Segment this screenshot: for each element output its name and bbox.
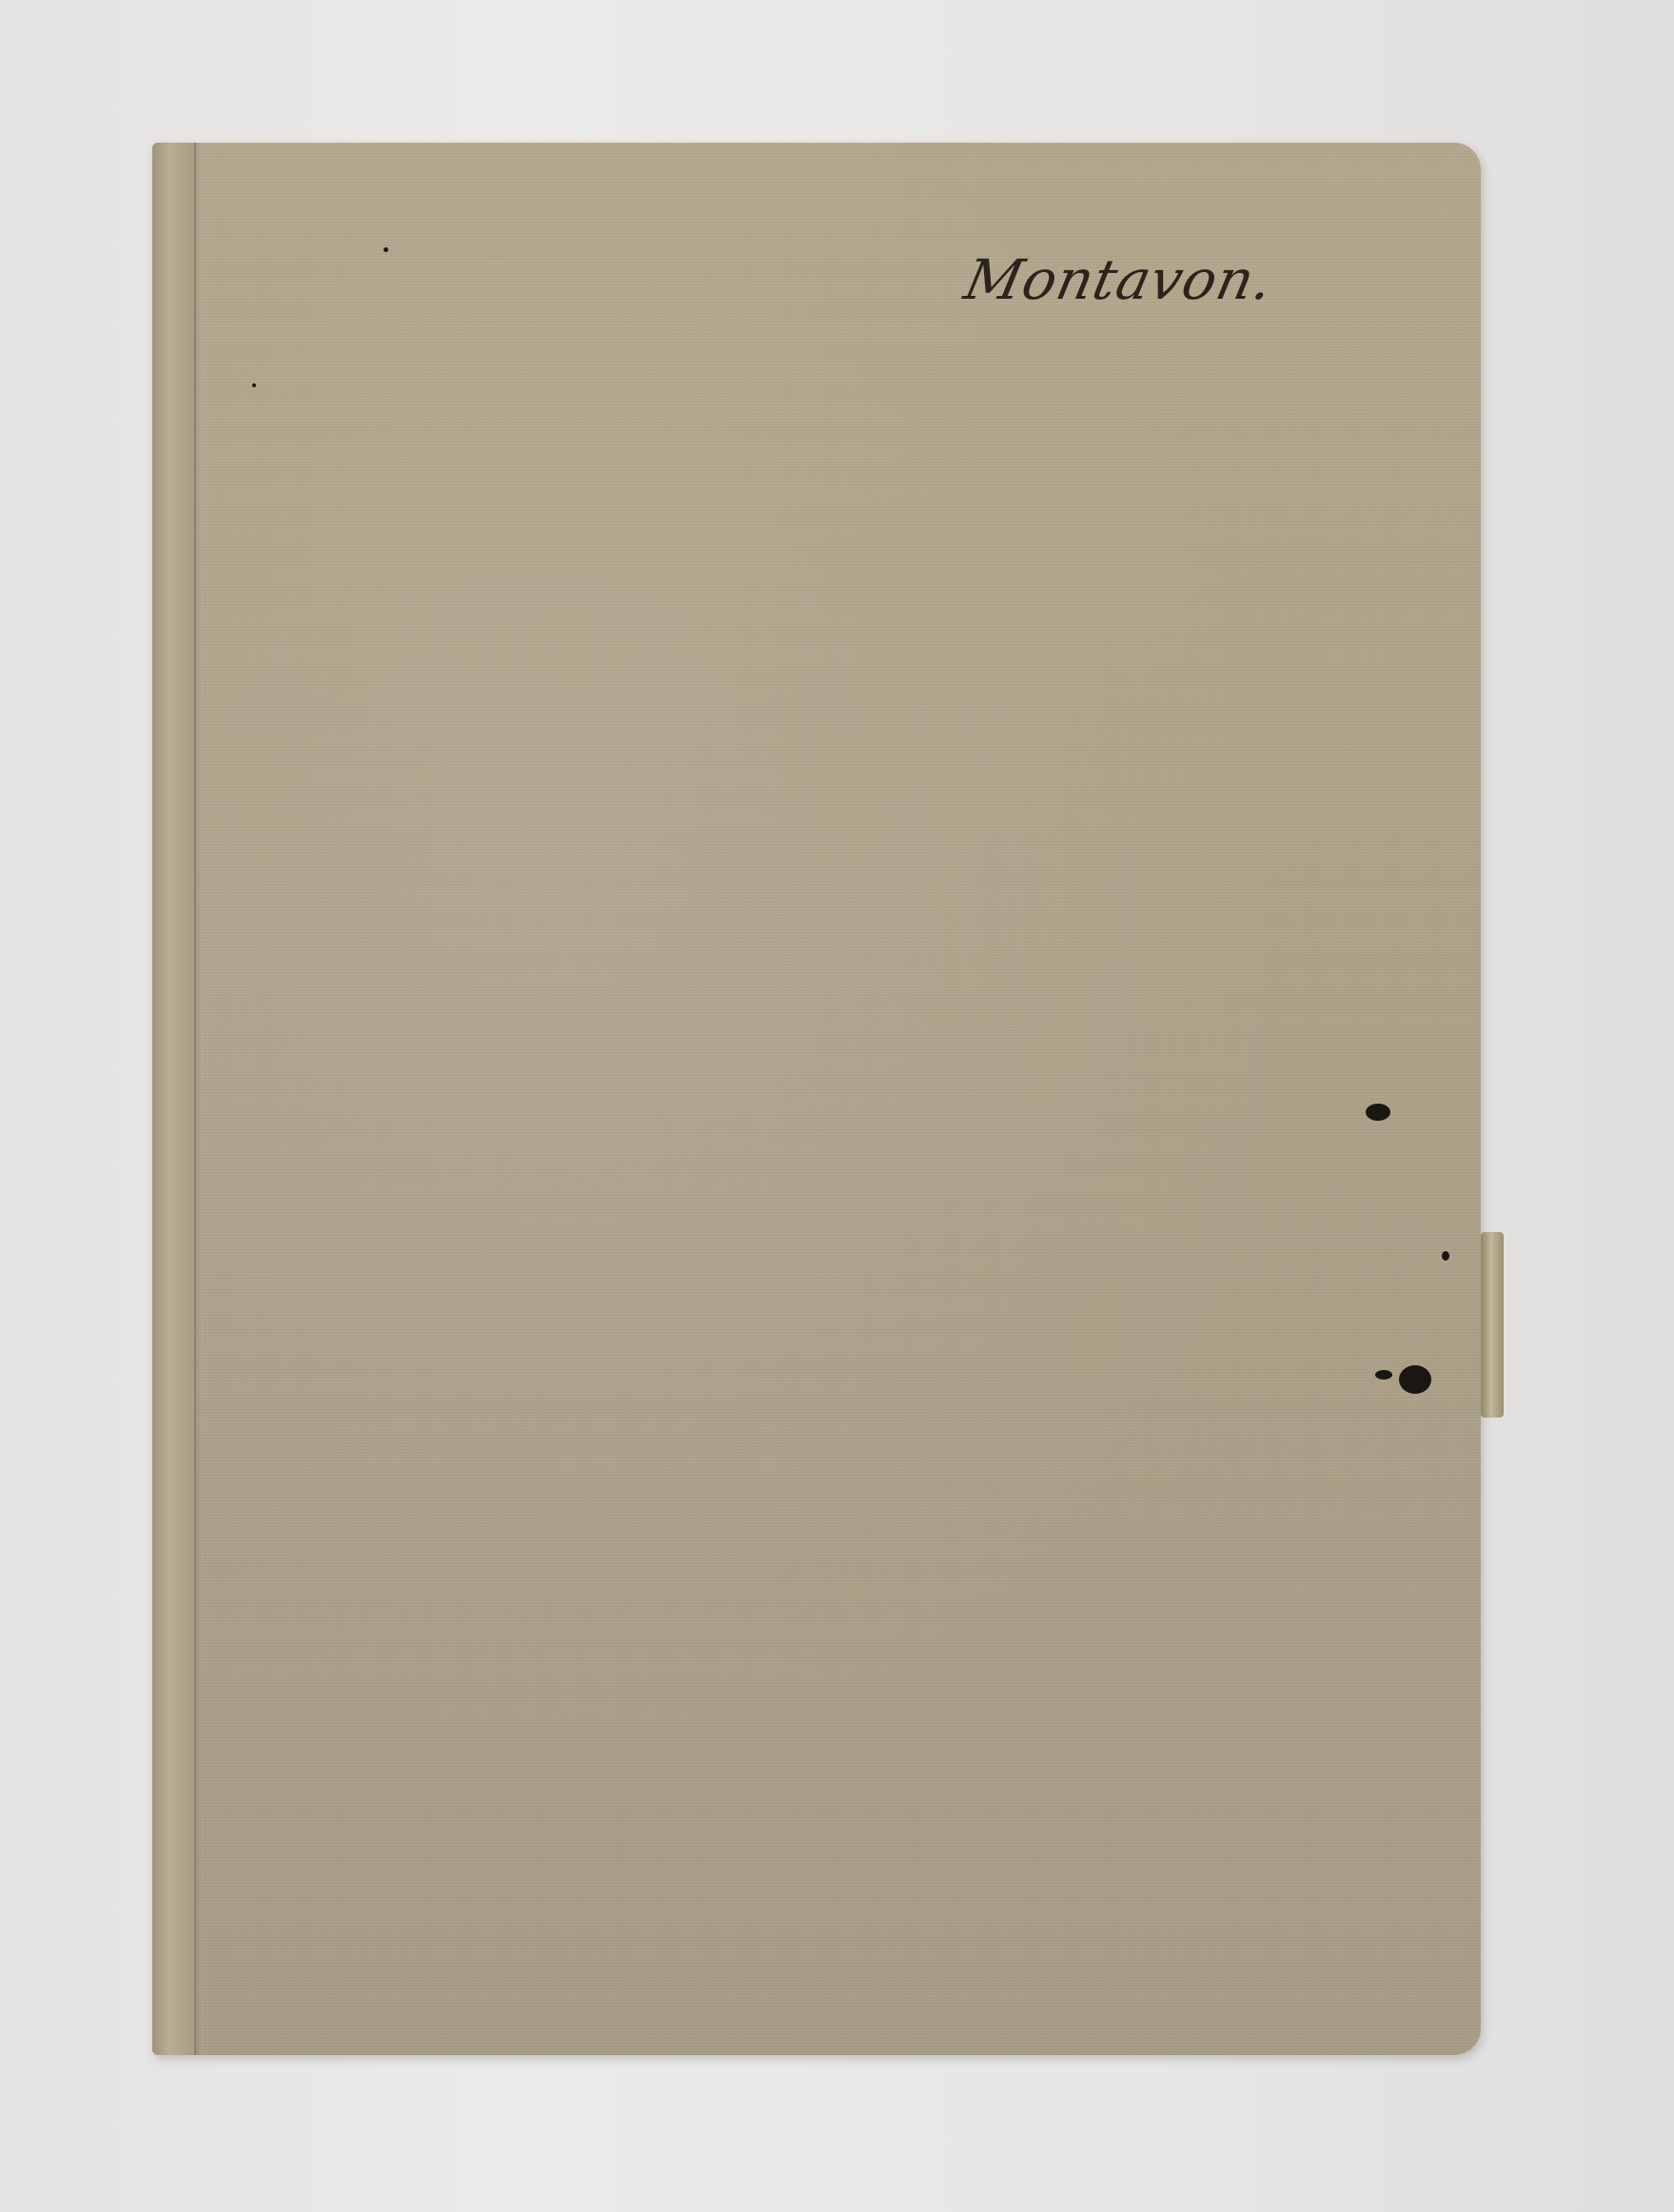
ink-speck [384,247,388,252]
ink-spot [1375,1370,1392,1380]
photo-scene: Montavon. [0,0,1674,2212]
ink-spot [1366,1104,1390,1121]
ink-speck [252,383,256,387]
ink-spot [1442,1251,1449,1261]
ink-spot [1399,1365,1431,1394]
spine-groove [194,143,204,2055]
notebook-cover: Montavon. [152,143,1481,2055]
handwritten-title: Montavon. [959,247,1279,312]
spine [152,143,196,2055]
clasp [1481,1232,1504,1418]
